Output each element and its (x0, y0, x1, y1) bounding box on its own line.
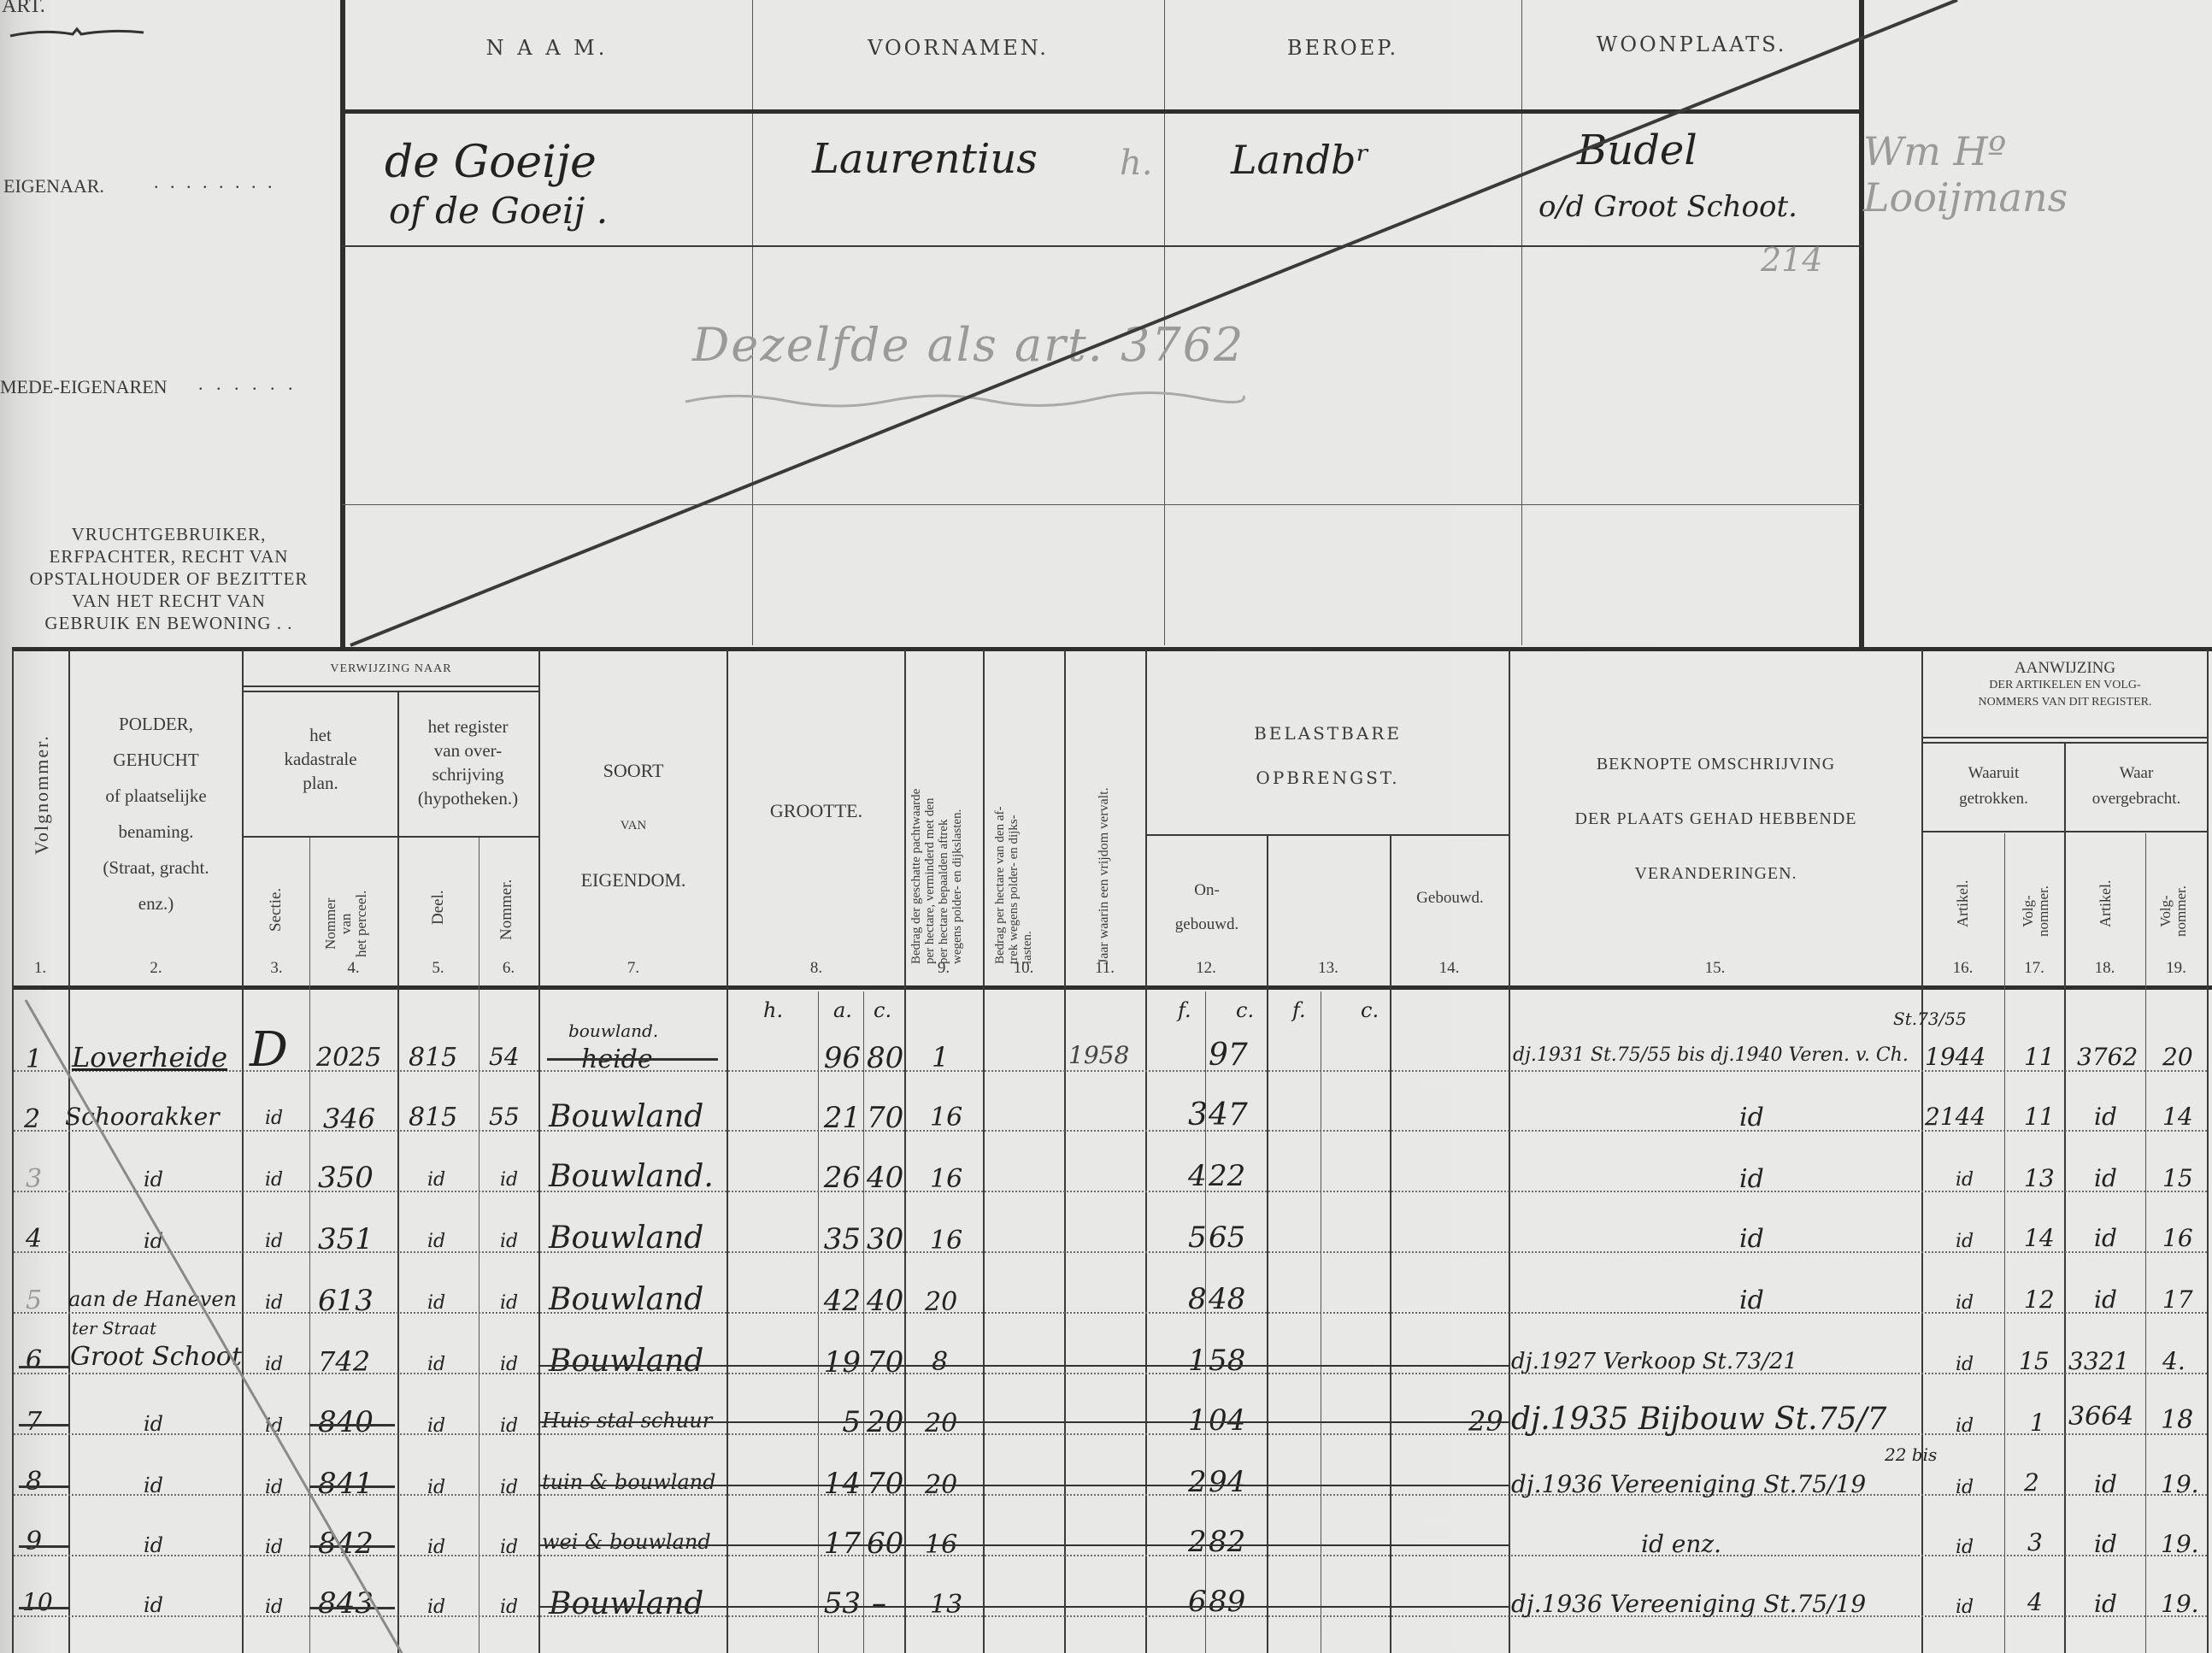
header-kadastrale-plan: het kadastrale plan. (244, 723, 397, 795)
register-page: ART. EIGENAAR. . . . . . . . . MEDE-EIGE… (0, 0, 2212, 1653)
unit-c13-f: f. (1292, 998, 1306, 1022)
row-cancellation-stroke (0, 991, 598, 1653)
header-soort-eigendom: SOORT VAN EIGENDOM. (540, 744, 727, 908)
unit-a: a. (833, 998, 852, 1022)
header-beknopte-omschrijving: BEKNOPTE OMSCHRIJVING DER PLAATS GEHAD H… (1510, 737, 1921, 901)
header-jaar-vrijdom: Jaar waarin een vrijdom vervalt. (1097, 787, 1112, 964)
header-verwijzing-naar: VERWIJZING NAAR (244, 662, 538, 676)
header-gebouwd: Gebouwd. (1391, 889, 1509, 908)
unit-c13-c: c. (1361, 998, 1379, 1022)
header-register-hypotheken: het register van over- schrijving (hypot… (397, 715, 538, 810)
header-volgnommer: Volgnommer. (31, 734, 53, 855)
header-waaruit-getrokken: Waaruit getrokken. (1923, 761, 2064, 812)
header-polder: POLDER, GEHUCHT of plaatselijke benaming… (70, 706, 242, 921)
header-deel: Deel. (429, 890, 448, 925)
header-ongebouwd: On- gebouwd. (1147, 874, 1267, 942)
unit-c: c. (874, 998, 891, 1022)
header-aftrek-polderlasten: Bedrag per hectare van den af- trek wege… (993, 807, 1034, 964)
header-belastbare-opbrengst: BELASTBARE OPBRENGST. (1147, 711, 1509, 800)
header-artikel-16: Artikel. (1954, 880, 1972, 928)
header-pachtwaarde: Bedrag der geschatte pachtwaarde per hec… (909, 789, 964, 964)
header-nommer-perceel: Nommer van het perceel. (323, 891, 369, 957)
header-volgnommer-17: Volg- nommer. (2021, 885, 2051, 937)
header-nommer: Nommer. (497, 879, 516, 940)
unit-c12-f: f. (1178, 998, 1191, 1022)
header-volgnommer-19: Volg- nommer. (2158, 885, 2189, 937)
header-sectie: Sectie. (267, 888, 285, 932)
header-grootte: GROOTTE. (728, 800, 904, 822)
header-artikel-18: Artikel. (2097, 880, 2115, 928)
unit-c12-c: c. (1236, 998, 1254, 1022)
cancellation-diagonal (0, 0, 2212, 667)
header-waar-overgebracht: Waar overgebracht. (2066, 761, 2207, 812)
header-aanwijzing: AANWIJZING DER ARTIKELEN EN VOLG- NOMMER… (1923, 660, 2207, 711)
unit-h: h. (763, 998, 783, 1022)
